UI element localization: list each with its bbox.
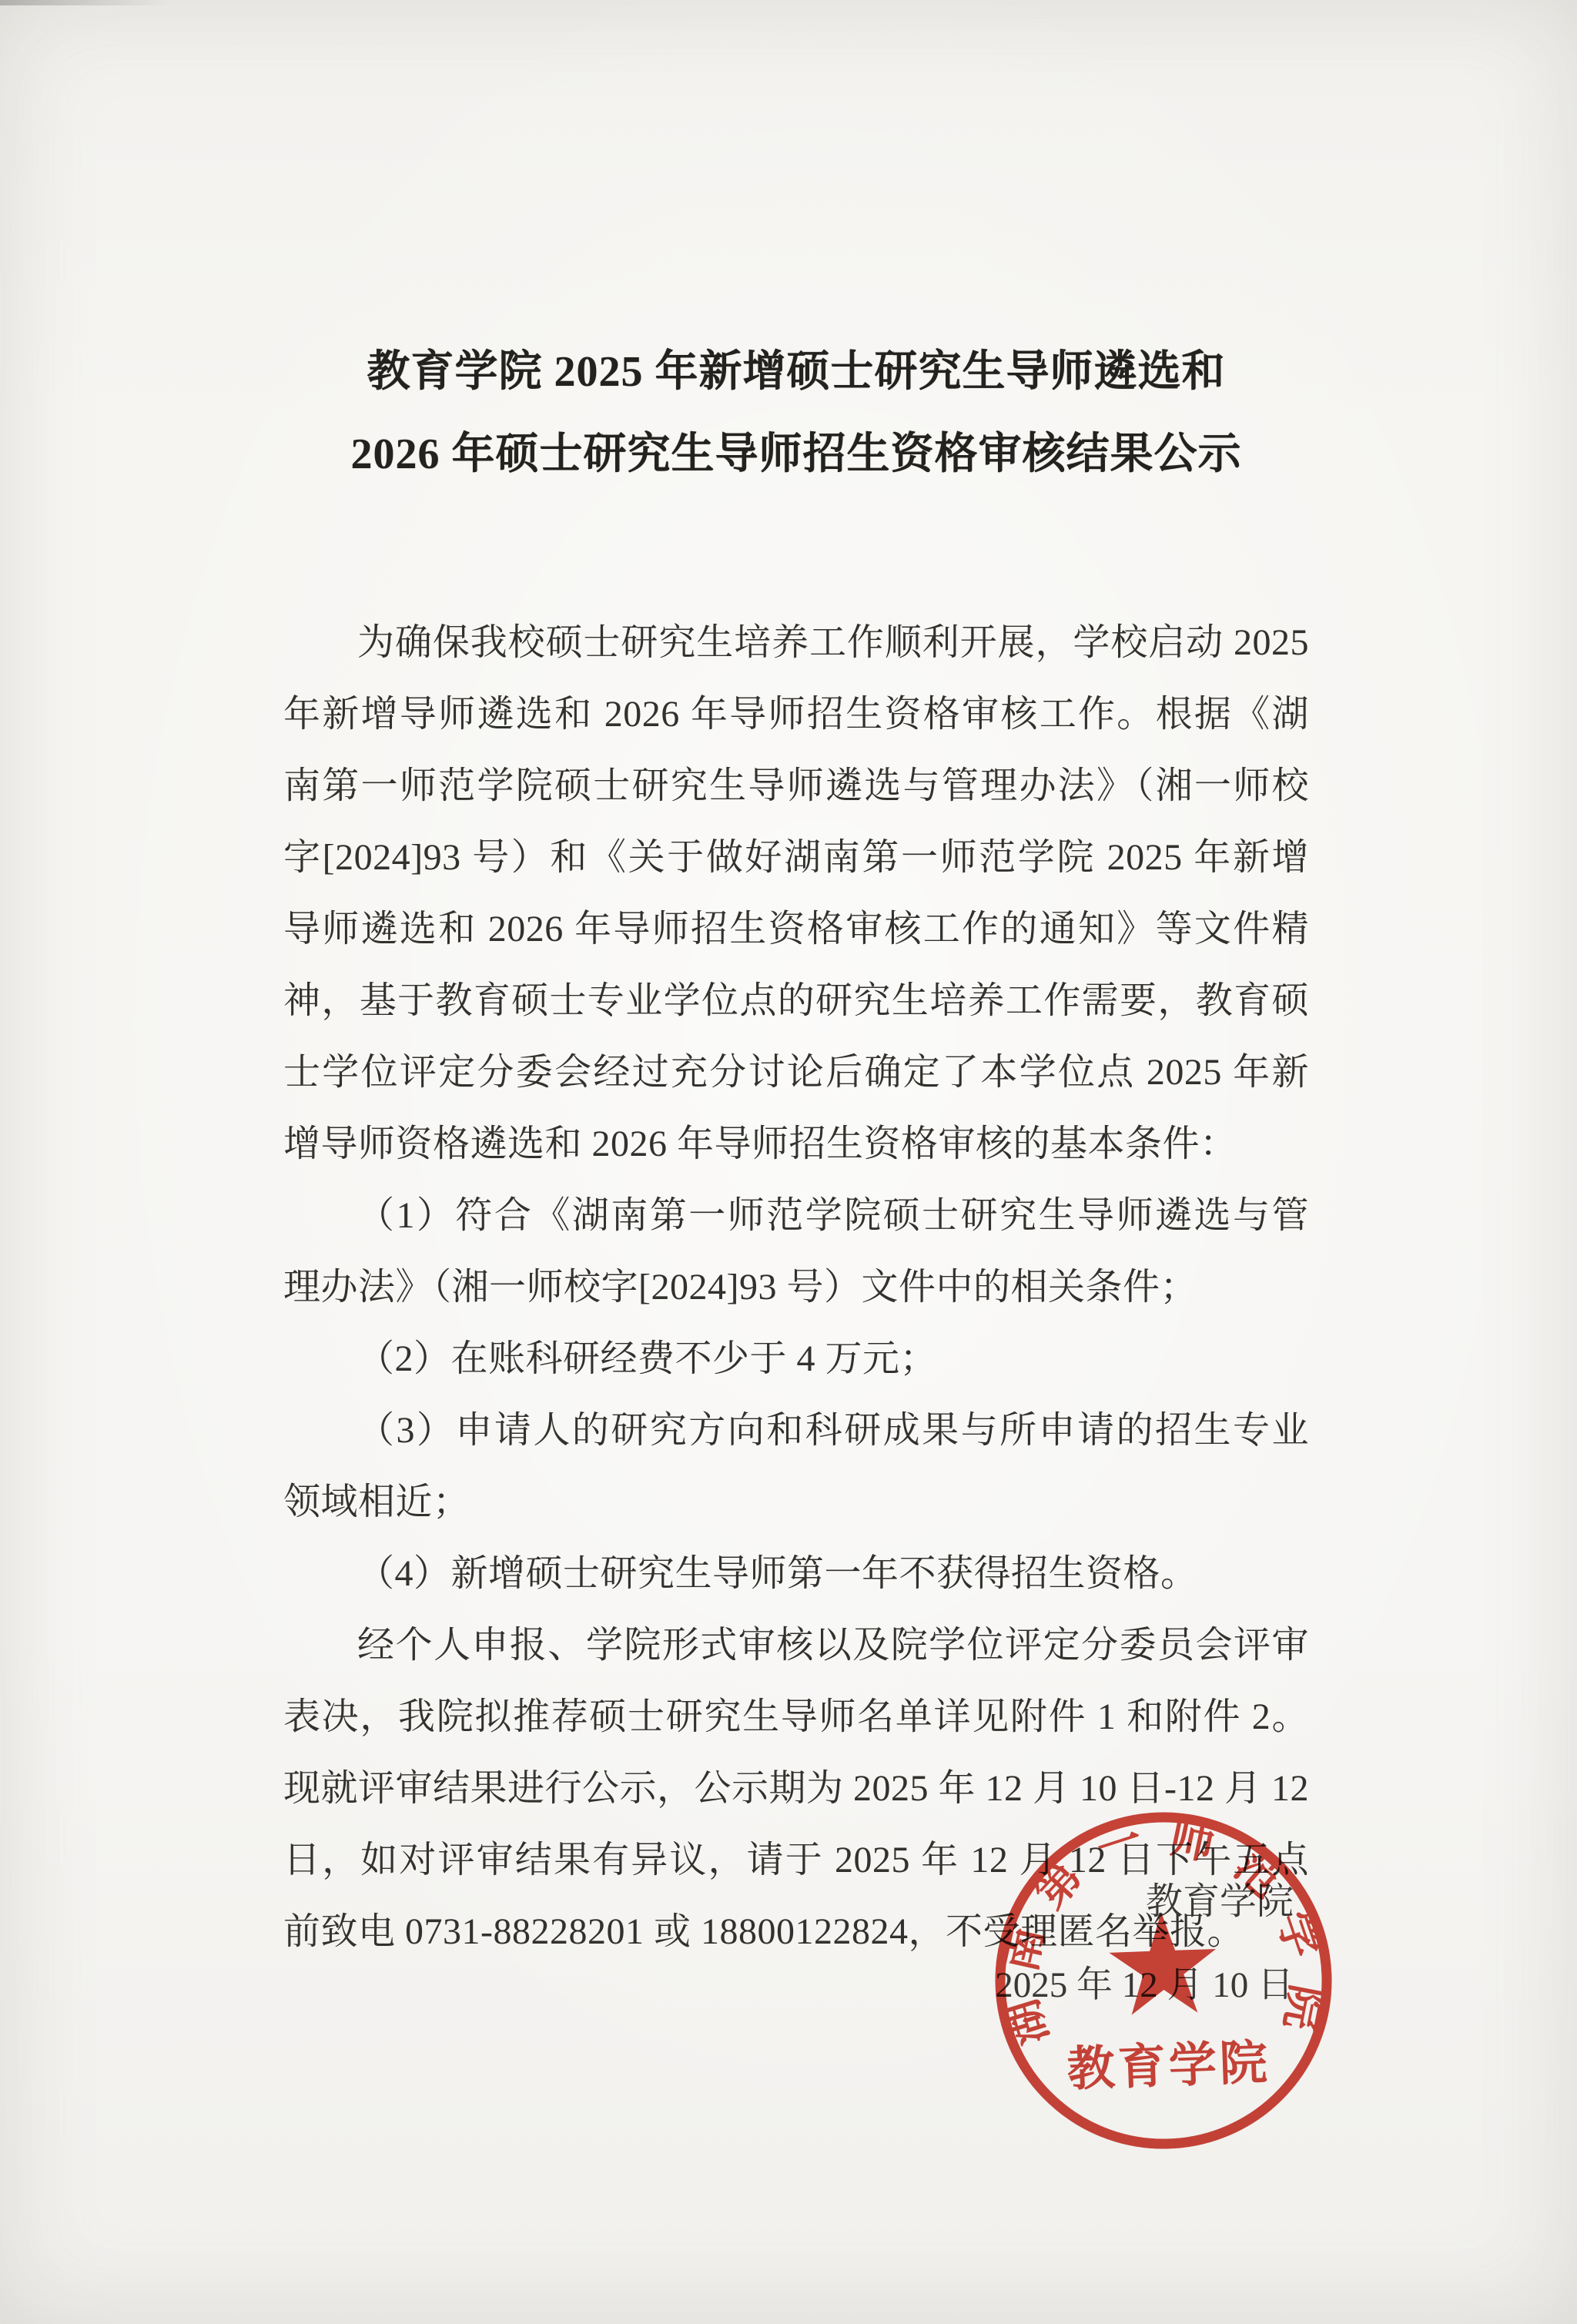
scan-edge-artifact — [0, 0, 169, 5]
body-paragraph: （1）符合《湖南第一师范学院硕士研究生导师遴选与管理办法》（湘一师校字[2024… — [283, 1180, 1309, 1323]
seal-star-icon — [1108, 1910, 1218, 2016]
seal-bottom-text: 教育学院 — [1066, 2036, 1271, 2096]
official-seal-stamp: 湖南第一师范学院 教育学院 — [980, 1797, 1347, 2164]
body-paragraph: 为确保我校硕士研究生培养工作顺利开展，学校启动 2025 年新增导师遴选和 20… — [283, 607, 1309, 1180]
title-line-1: 教育学院 2025 年新增硕士研究生导师遴选和 — [283, 331, 1309, 414]
body-paragraph: （2）在账科研经费不少于 4 万元； — [283, 1323, 1309, 1395]
body-paragraph: （3）申请人的研究方向和科研成果与所申请的招生专业领域相近； — [283, 1395, 1309, 1538]
body-paragraph: （4）新增硕士研究生导师第一年不获得招生资格。 — [283, 1538, 1309, 1609]
scanned-document-page: 教育学院 2025 年新增硕士研究生导师遴选和 2026 年硕士研究生导师招生资… — [0, 0, 1577, 2324]
document-title: 教育学院 2025 年新增硕士研究生导师遴选和 2026 年硕士研究生导师招生资… — [283, 331, 1309, 496]
title-line-2: 2026 年硕士研究生导师招生资格审核结果公示 — [283, 414, 1309, 496]
document-body: 为确保我校硕士研究生培养工作顺利开展，学校启动 2025 年新增导师遴选和 20… — [283, 607, 1309, 1967]
